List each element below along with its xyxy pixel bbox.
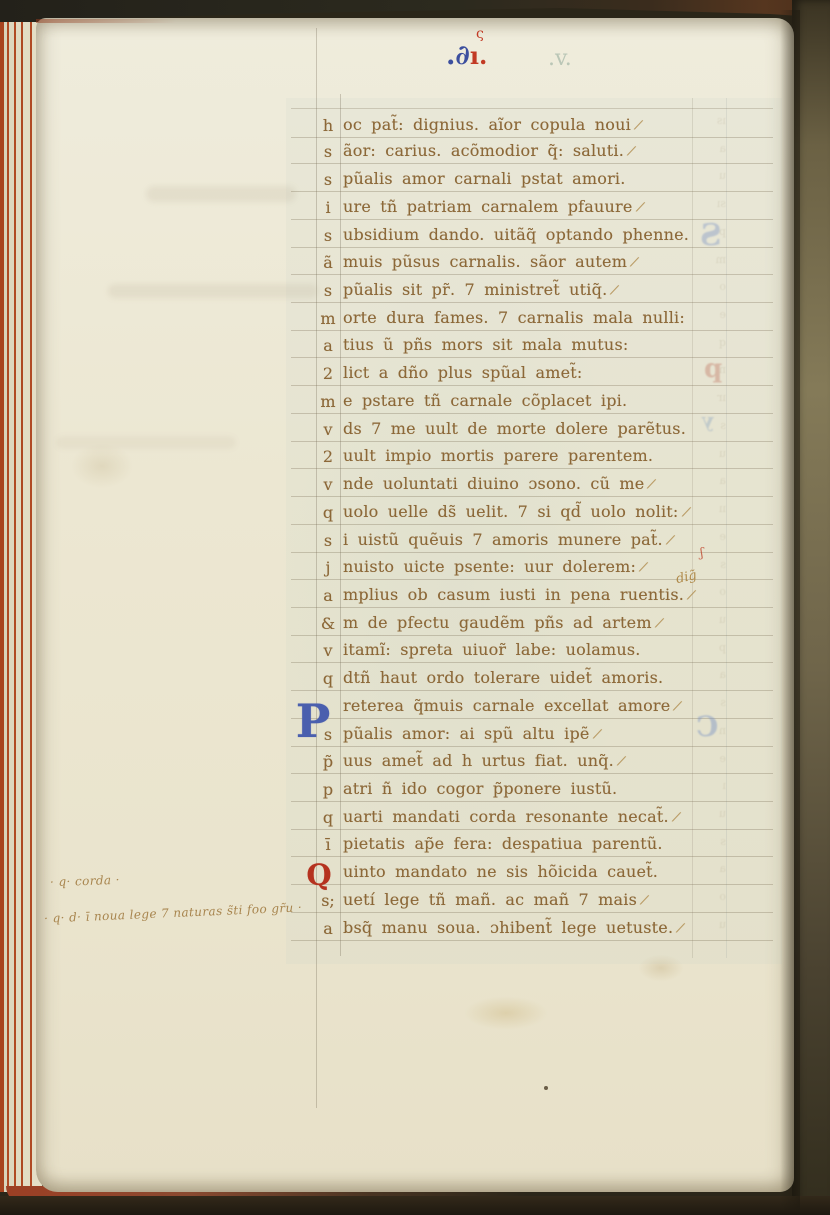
line-text: muis pũsus carnalis. sãor autem⁄ xyxy=(343,252,636,271)
line-initial: s xyxy=(315,281,341,300)
show-through-text: s xyxy=(690,696,726,709)
show-through-text: m xyxy=(690,253,726,266)
line-initial: p xyxy=(315,780,341,799)
show-through-smudge xyxy=(146,186,296,202)
check-flourish-icon: ⁄ xyxy=(678,921,684,937)
line-initial: s xyxy=(315,531,341,550)
show-through-text: u xyxy=(690,918,726,931)
show-through-initial: p xyxy=(704,354,722,384)
show-through-text: e xyxy=(690,530,726,543)
line-initial: q xyxy=(315,669,341,688)
check-flourish-icon: ⁄ xyxy=(641,893,647,909)
show-through-text: a xyxy=(690,668,726,681)
line-initial: P xyxy=(295,694,331,748)
check-flourish-icon: ⁄ xyxy=(635,118,641,134)
line-text: tius ũ pñs mors sit mala mutus: xyxy=(343,335,628,354)
show-through-smudge xyxy=(56,436,236,449)
show-through-text: sı xyxy=(690,197,726,210)
show-through-text: o xyxy=(690,280,726,293)
line-initial: q xyxy=(315,808,341,827)
check-flourish-icon: ⁄ xyxy=(631,255,637,271)
line-initial: p̃ xyxy=(315,752,341,771)
line-initial: a xyxy=(315,586,341,605)
line-text: orte dura fames. 7 carnalis mala nulli: xyxy=(343,308,685,327)
check-flourish-icon: ⁄ xyxy=(618,754,624,770)
left-margin-note-1: · q· corda · xyxy=(50,873,120,889)
show-through-text: u xyxy=(690,169,726,182)
show-through-text: o xyxy=(690,585,726,598)
check-flourish-icon: ⁄ xyxy=(641,560,647,576)
line-initial: q xyxy=(315,503,341,522)
show-through-text: s xyxy=(690,835,726,848)
line-text: uolo uelle ds̃ uelit. 7 si qd̃ uolo noli… xyxy=(343,502,687,521)
quire-mark: .v. xyxy=(548,46,572,71)
line-text: uetí lege tñ mañ. ac mañ 7 mais⁄ xyxy=(343,890,646,909)
line-text: ure tñ patriam carnalem pfauure⁄ xyxy=(343,197,641,216)
line-text: m de pfectu gaudẽm pñs ad artem⁄ xyxy=(343,613,660,632)
check-flourish-icon: ⁄ xyxy=(673,810,679,826)
line-text: mplius ob casum iusti in pena ruentis.⁄ xyxy=(343,585,693,604)
line-text: lict a dño plus spũal amet̃: xyxy=(343,363,582,382)
show-through-initial: y xyxy=(702,408,714,432)
bottom-shadow xyxy=(0,1196,830,1215)
line-initial: v xyxy=(315,641,341,660)
check-flourish-icon: ⁄ xyxy=(612,283,618,299)
ink-dot-stain xyxy=(544,1086,548,1090)
show-through-text: q xyxy=(690,336,726,349)
line-text: pietatis ap̃e fera: despatiua parentũ. xyxy=(343,834,663,853)
show-through-text: s xyxy=(690,558,726,571)
line-text: e pstare tñ carnale cõplacet ipi. xyxy=(343,391,627,410)
check-flourish-icon: ⁄ xyxy=(628,144,634,160)
line-text: oc pat̃: dignius. aĩor copula noui⁄ xyxy=(343,115,640,134)
line-initial: v xyxy=(315,420,341,439)
line-initial: s xyxy=(315,170,341,189)
line-text: ubsidium dando. uitãq̃ optando phenne. xyxy=(343,225,689,244)
line-initial: ã xyxy=(315,253,341,272)
line-text: nuisto uicte psente: uur dolerem:⁄ xyxy=(343,557,645,576)
line-initial: 2 xyxy=(315,447,341,466)
show-through-text: ıs xyxy=(690,114,726,127)
show-through-text: u xyxy=(690,447,726,460)
line-initial: ī xyxy=(315,835,341,854)
check-flourish-icon: ⁄ xyxy=(637,200,643,216)
show-through-text: e xyxy=(690,752,726,765)
parchment-page: .∂ı. ς .v. hoc pat̃: dignius. aĩor copul… xyxy=(36,18,794,1192)
check-flourish-icon: ⁄ xyxy=(594,726,600,742)
line-initial: s; xyxy=(315,891,341,910)
siglum-superscript: ς xyxy=(476,26,484,42)
line-text: bsq̃ manu soua. ɔhibent̃ lege uetuste.⁄ xyxy=(343,918,682,937)
line-text: nde uoluntati diuino ɔsono. cũ me⁄ xyxy=(343,474,653,493)
show-through-text: u xyxy=(690,613,726,626)
check-flourish-icon: ⁄ xyxy=(649,477,655,493)
show-through-initial: S xyxy=(700,218,722,253)
line-initial: s xyxy=(315,142,341,161)
folio-siglum: .∂ı. ς xyxy=(446,40,487,71)
line-initial: j xyxy=(315,558,341,577)
show-through-text: o xyxy=(690,890,726,903)
check-flourish-icon: ⁄ xyxy=(656,616,662,632)
line-text: pũalis amor carnali pstat amori. xyxy=(343,169,626,188)
line-initial: a xyxy=(315,336,341,355)
line-text: reterea q̃muis carnale excellat amore⁄ xyxy=(343,696,679,715)
line-text: pũalis sit pr̃. 7 ministret̃ utiq̃.⁄ xyxy=(343,280,616,299)
line-text: dtñ haut ordo tolerare uidet̃ amoris. xyxy=(343,668,663,687)
check-flourish-icon: ⁄ xyxy=(675,699,681,715)
show-through-text: ıı xyxy=(690,502,726,515)
manuscript-photo: { "page_header": { "siglum_blue": ".∂", … xyxy=(0,0,830,1215)
line-text: uus amet̃ ad h urtus fiat. unq̃.⁄ xyxy=(343,751,623,770)
page-top-red-edge xyxy=(36,19,176,23)
line-initial: m xyxy=(315,392,341,411)
show-through-text: a xyxy=(690,142,726,155)
line-initial: 2 xyxy=(315,364,341,383)
line-text: ãor: carius. acõmodior q̃: saluti.⁄ xyxy=(343,141,633,160)
show-through-smudge xyxy=(108,284,318,298)
line-text: uarti mandati corda resonante necat̃.⁄ xyxy=(343,807,677,826)
line-initial: s xyxy=(315,226,341,245)
line-text: atri ñ ido cogor p̃ponere iustũ. xyxy=(343,779,617,798)
show-through-initial: C xyxy=(696,710,718,743)
show-through-text: a xyxy=(690,862,726,875)
show-through-text: p xyxy=(690,641,726,654)
show-through-text: u xyxy=(690,807,726,820)
show-through-text: ı xyxy=(690,779,726,792)
show-through-text: ır xyxy=(690,391,726,404)
line-initial: a xyxy=(315,919,341,938)
line-initial: & xyxy=(315,614,341,633)
line-text: uult impio mortis parere parentem. xyxy=(343,446,653,465)
show-through-text: e xyxy=(690,308,726,321)
line-initial: v xyxy=(315,475,341,494)
check-flourish-icon: ⁄ xyxy=(683,505,689,521)
line-initial: i xyxy=(315,198,341,217)
line-text: ds 7 me uult de morte dolere parẽtus. xyxy=(343,419,686,438)
siglum-blue-letter: .∂ xyxy=(446,40,470,71)
line-text: uinto mandato ne sis hõicida cauet̃. xyxy=(343,862,658,881)
siglum-red-letter: ı. xyxy=(470,41,487,70)
check-flourish-icon: ⁄ xyxy=(667,532,673,548)
text-lines: hoc pat̃: dignius. aĩor copula noui⁄sãor… xyxy=(36,108,794,943)
line-initial: h xyxy=(315,116,341,135)
line-text: pũalis amor: ai spũ altu ipẽ⁄ xyxy=(343,724,598,743)
line-initial: m xyxy=(315,309,341,328)
line-text: i uistũ quẽuis 7 amoris munere pat̃.⁄ xyxy=(343,530,671,549)
line-text: itamĩ: spreta uiuor̃ labe: uolamus. xyxy=(343,640,641,659)
show-through-text: a xyxy=(690,474,726,487)
page-fold-shadow xyxy=(780,10,800,1210)
